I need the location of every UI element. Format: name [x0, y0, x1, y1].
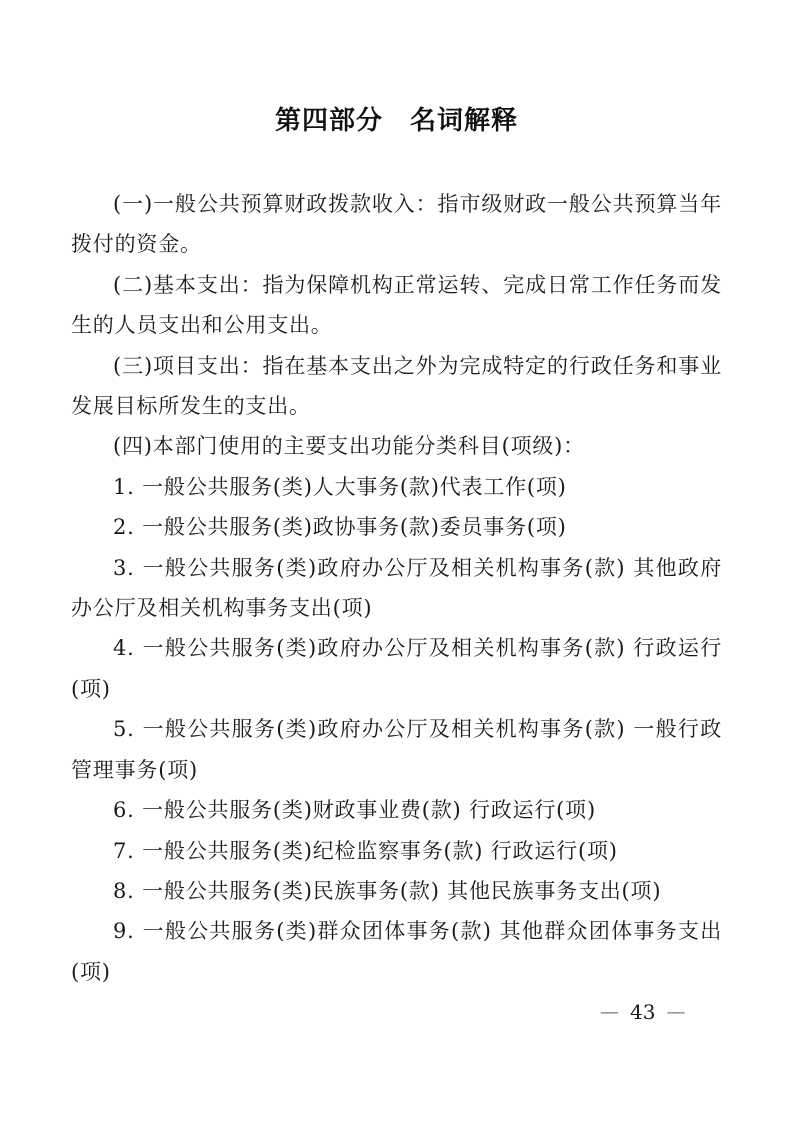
document-title: 第四部分 名词解释	[0, 0, 793, 139]
paragraph-definition-basic-expenditure: (二)基本支出：指为保障机构正常运转、完成日常工作任务而发生的人员支出和公用支出…	[71, 265, 722, 346]
list-item-2: 2. 一般公共服务(类)政协事务(款)委员事务(项)	[71, 507, 722, 547]
list-item-3: 3. 一般公共服务(类)政府办公厅及相关机构事务(款) 其他政府办公厅及相关机构…	[71, 548, 722, 629]
document-page: 第四部分 名词解释 (一)一般公共预算财政拨款收入：指市级财政一般公共预算当年拨…	[0, 0, 793, 1122]
list-item-6: 6. 一般公共服务(类)财政事业费(款) 行政运行(项)	[71, 790, 722, 830]
document-body: (一)一般公共预算财政拨款收入：指市级财政一般公共预算当年拨付的资金。 (二)基…	[71, 184, 722, 992]
list-item-7: 7. 一般公共服务(类)纪检监察事务(款) 行政运行(项)	[71, 831, 722, 871]
page-number: 43	[630, 1000, 655, 1024]
list-item-4: 4. 一般公共服务(类)政府办公厅及相关机构事务(款) 行政运行(项)	[71, 628, 722, 709]
footer-right-dash: —	[666, 1003, 685, 1022]
paragraph-classification-intro: (四)本部门使用的主要支出功能分类科目(项级)：	[71, 426, 722, 466]
paragraph-definition-project-expenditure: (三)项目支出：指在基本支出之外为完成特定的行政任务和事业发展目标所发生的支出。	[71, 346, 722, 427]
paragraph-definition-revenue: (一)一般公共预算财政拨款收入：指市级财政一般公共预算当年拨付的资金。	[71, 184, 722, 265]
list-item-8: 8. 一般公共服务(类)民族事务(款) 其他民族事务支出(项)	[71, 871, 722, 911]
list-item-5: 5. 一般公共服务(类)政府办公厅及相关机构事务(款) 一般行政管理事务(项)	[71, 709, 722, 790]
page-footer: — 43 —	[600, 1000, 685, 1024]
list-item-1: 1. 一般公共服务(类)人大事务(款)代表工作(项)	[71, 467, 722, 507]
list-item-9: 9. 一般公共服务(类)群众团体事务(款) 其他群众团体事务支出(项)	[71, 911, 722, 992]
footer-left-dash: —	[600, 1003, 619, 1022]
